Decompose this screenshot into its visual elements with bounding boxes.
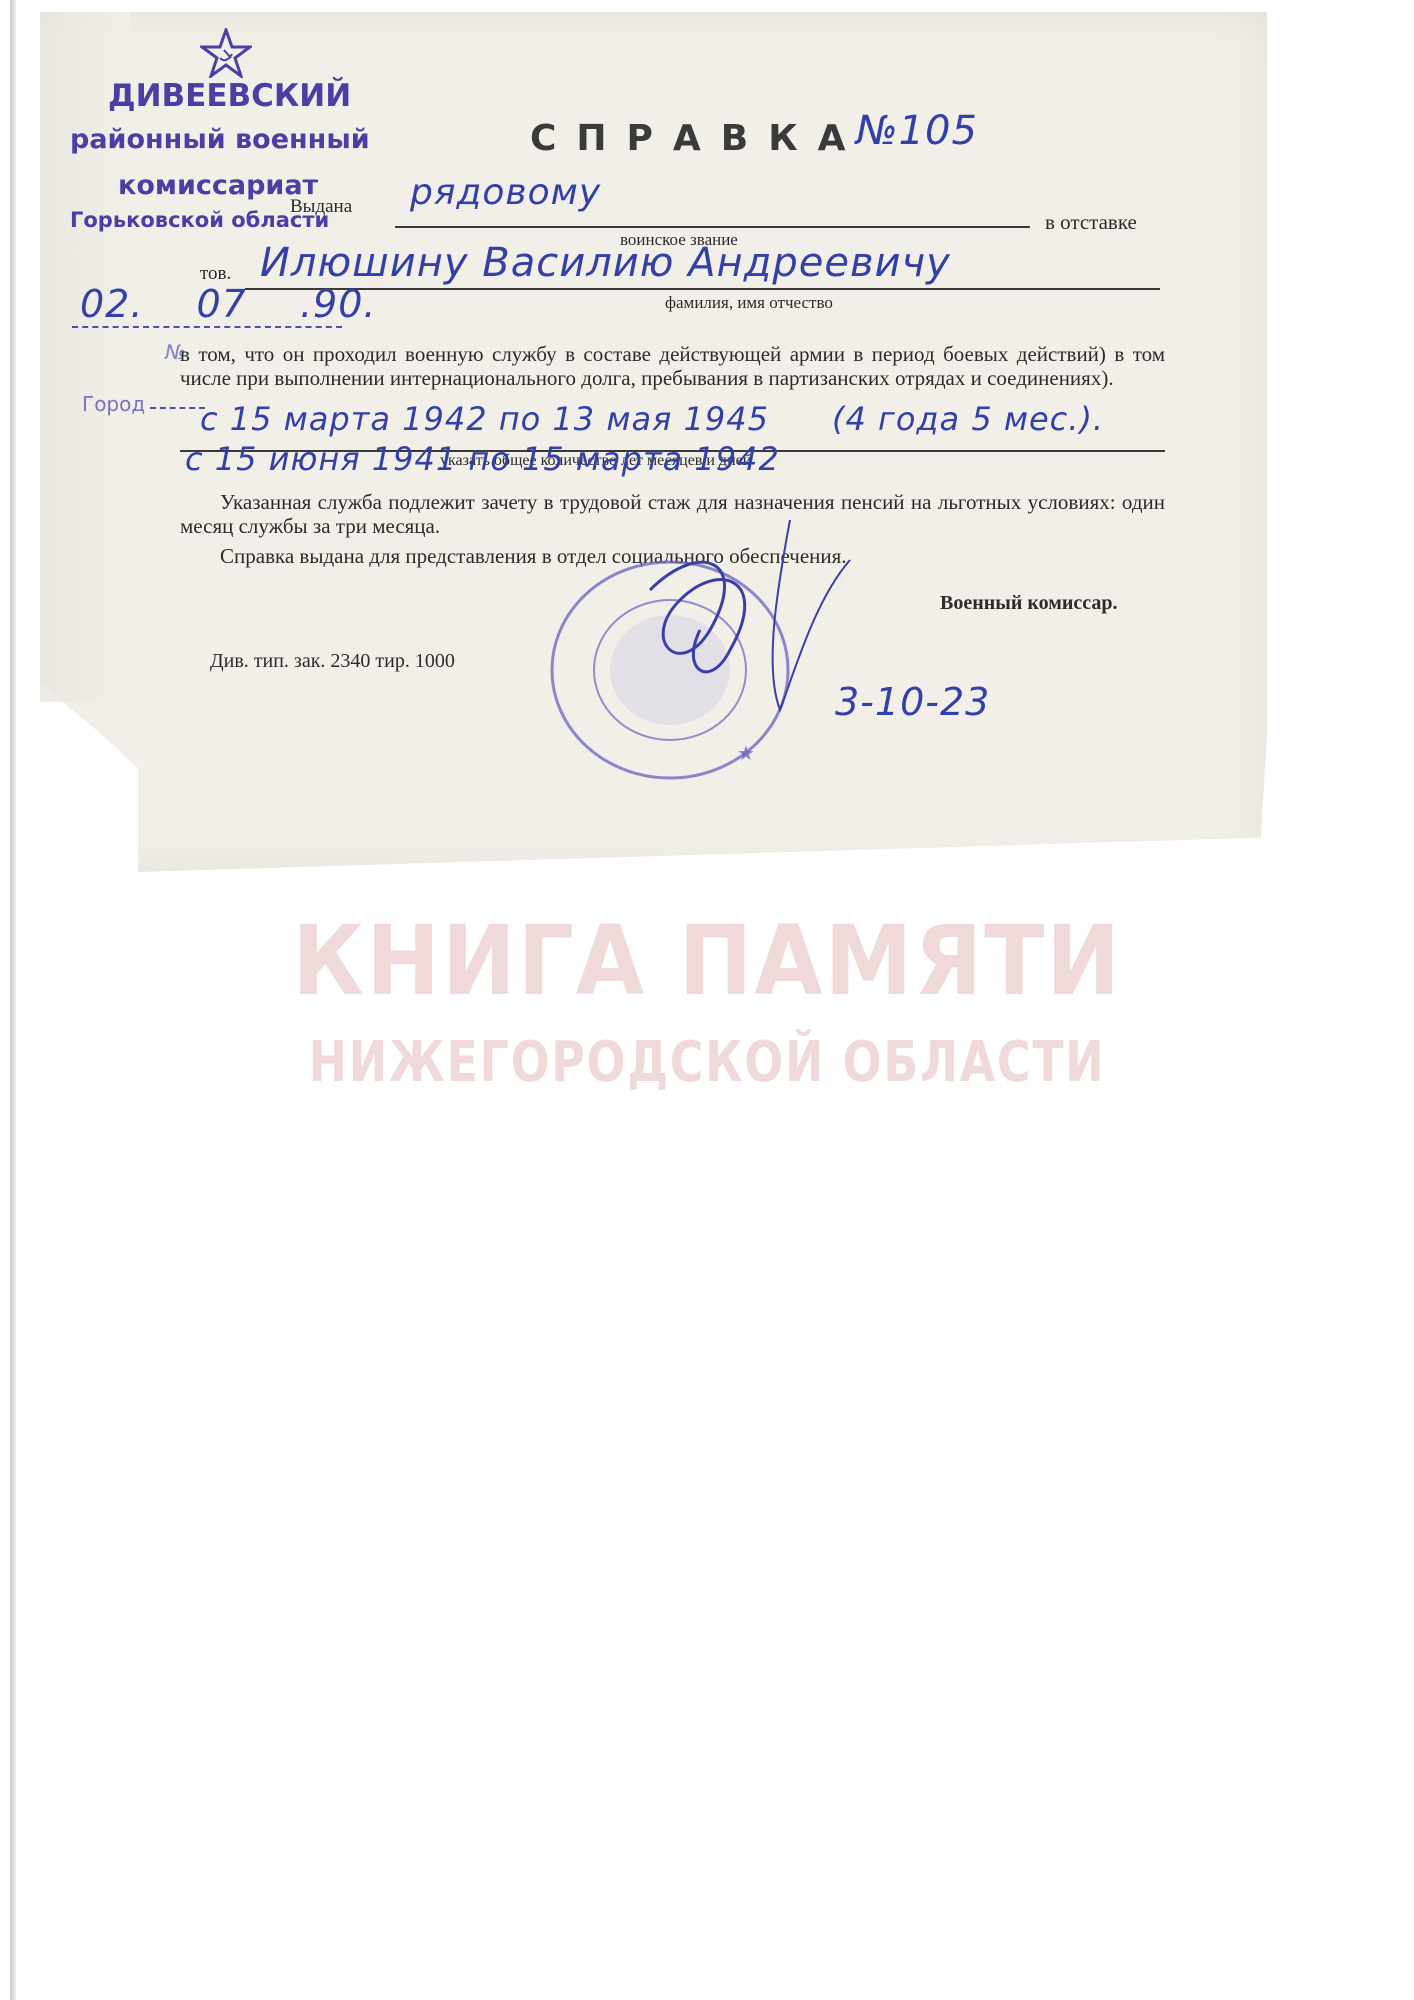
stamp-line-1: ДИВЕЕВСКИЙ xyxy=(108,78,351,114)
document-title: СПРАВКА xyxy=(530,118,866,159)
service-period-2: с 15 июня 1941 по 15 марта 1942 xyxy=(185,440,780,478)
issue-date: 02. 07 .90. xyxy=(80,282,376,326)
date-underline xyxy=(72,326,342,328)
star-emblem-icon xyxy=(200,28,252,78)
stamp-line-2: районный военный xyxy=(70,124,370,155)
scanner-edge xyxy=(10,0,16,2000)
watermark-title: КНИГА ПАМЯТИ xyxy=(57,905,1358,1017)
stamp-line-3: комиссариат xyxy=(118,170,318,201)
service-text: в том, что он проходил военную службу в … xyxy=(180,342,1165,390)
rank-line xyxy=(395,226,1030,228)
name-value: Илюшину Василию Андреевичу xyxy=(260,240,951,286)
handwritten-code: 3-10-23 xyxy=(835,680,990,724)
service-period-1: с 15 марта 1942 по 13 мая 1945 xyxy=(200,400,769,438)
rank-value: рядовому xyxy=(410,172,601,213)
signatory-title: Военный комиссар. xyxy=(940,592,1118,615)
city-line xyxy=(150,407,205,409)
certificate-number: №105 xyxy=(856,108,978,154)
service-total: (4 года 5 мес.). xyxy=(832,400,1104,438)
city-label: Город xyxy=(82,392,145,416)
retired-label: в отставке xyxy=(1045,210,1137,235)
name-caption: фамилия, имя отчество xyxy=(665,293,833,313)
name-line xyxy=(245,288,1160,290)
svg-text:★: ★ xyxy=(737,743,755,765)
print-info: Див. тип. зак. 2340 тир. 1000 xyxy=(210,650,455,673)
issued-label: Выдана xyxy=(290,196,352,218)
paper-fold-shadow xyxy=(40,12,130,702)
signature xyxy=(560,520,860,730)
watermark-subtitle: НИЖЕГОРОДСКОЙ ОБЛАСТИ xyxy=(127,1030,1286,1095)
